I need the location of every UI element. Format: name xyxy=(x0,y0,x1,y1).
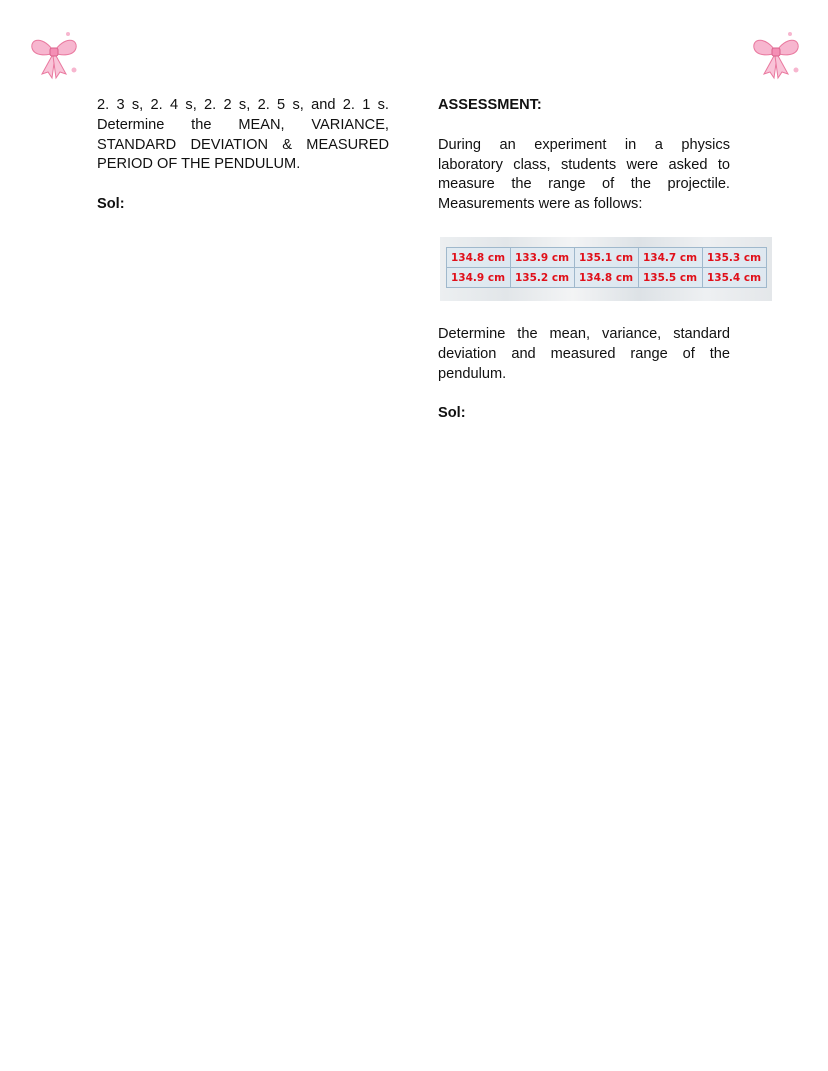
pink-bow-icon xyxy=(748,26,804,82)
problem-line: Determine the MEAN, VARIANCE, xyxy=(97,116,389,136)
measurements-table: 134.8 cm 133.9 cm 135.1 cm 134.7 cm 135.… xyxy=(446,247,767,288)
question-line: pendulum. xyxy=(438,365,730,385)
intro-line: During an experiment in a physics xyxy=(438,136,730,156)
question-line: deviation and measured range of the xyxy=(438,345,730,365)
problem-line: 2. 3 s, 2. 4 s, 2. 2 s, 2. 5 s, and 2. 1… xyxy=(97,96,389,116)
problem-line: STANDARD DEVIATION & MEASURED xyxy=(97,136,389,156)
measurement-cell: 135.5 cm xyxy=(639,268,703,288)
measurement-cell: 135.4 cm xyxy=(703,268,767,288)
intro-line: laboratory class, students were asked to xyxy=(438,156,730,176)
measurement-cell: 134.9 cm xyxy=(447,268,511,288)
measurement-cell: 134.8 cm xyxy=(575,268,639,288)
measurement-cell: 135.2 cm xyxy=(511,268,575,288)
sol-label: Sol: xyxy=(97,195,389,215)
measurement-cell: 134.8 cm xyxy=(447,248,511,268)
measurements-image: 134.8 cm 133.9 cm 135.1 cm 134.7 cm 135.… xyxy=(440,237,772,301)
measurement-cell: 135.1 cm xyxy=(575,248,639,268)
table-row: 134.8 cm 133.9 cm 135.1 cm 134.7 cm 135.… xyxy=(447,248,767,268)
measurement-cell: 135.3 cm xyxy=(703,248,767,268)
question-block: Determine the mean, variance, standard d… xyxy=(438,325,730,424)
sol-label: Sol: xyxy=(438,404,730,424)
problem-line: PERIOD OF THE PENDULUM. xyxy=(97,155,389,175)
measurement-cell: 134.7 cm xyxy=(639,248,703,268)
pink-bow-icon xyxy=(26,26,82,82)
intro-line: measure the range of the projectile. xyxy=(438,175,730,195)
measurement-cell: 133.9 cm xyxy=(511,248,575,268)
question-line: Determine the mean, variance, standard xyxy=(438,325,730,345)
assessment-heading: ASSESSMENT: xyxy=(438,96,730,116)
right-column: ASSESSMENT: During an experiment in a ph… xyxy=(438,96,730,215)
left-column: 2. 3 s, 2. 4 s, 2. 2 s, 2. 5 s, and 2. 1… xyxy=(97,96,389,215)
table-row: 134.9 cm 135.2 cm 134.8 cm 135.5 cm 135.… xyxy=(447,268,767,288)
intro-line: Measurements were as follows: xyxy=(438,195,730,215)
